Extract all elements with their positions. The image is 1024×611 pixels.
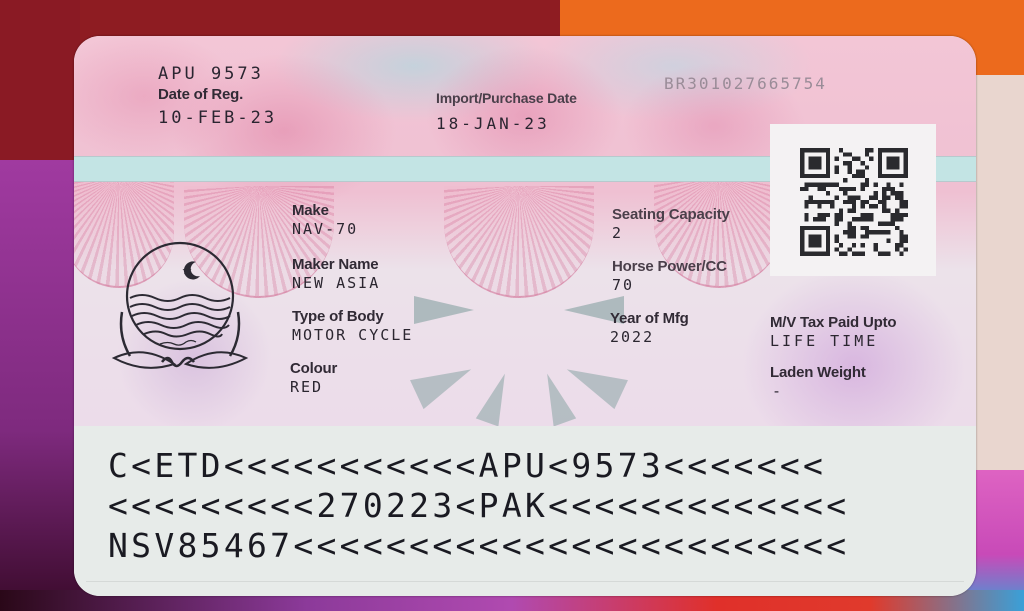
fabric-background-maroon xyxy=(0,0,80,180)
maker-name-value: NEW ASIA xyxy=(292,274,380,292)
date-of-reg-label: Date of Reg. xyxy=(158,86,243,103)
mrz-border-line xyxy=(86,581,964,582)
tax-paid-label: M/V Tax Paid Upto xyxy=(770,314,896,331)
registration-card: APU 9573 Date of Reg. 10-FEB-23 Import/P… xyxy=(74,36,976,596)
maker-name-label: Maker Name xyxy=(292,256,378,273)
date-of-reg-value: 10-FEB-23 xyxy=(158,108,277,128)
seating-capacity-value: 2 xyxy=(612,224,623,242)
tax-paid-value: LIFE TIME xyxy=(770,332,878,350)
make-label: Make xyxy=(292,202,329,219)
type-of-body-value: MOTOR CYCLE xyxy=(292,326,413,344)
qr-code-icon xyxy=(800,148,908,256)
import-date-value: 18-JAN-23 xyxy=(436,114,550,133)
chevron-pattern xyxy=(414,296,474,324)
type-of-body-label: Type of Body xyxy=(292,308,384,325)
laden-weight-label: Laden Weight xyxy=(770,364,866,381)
laden-weight-value: - xyxy=(772,382,783,400)
serial-number: BR301027665754 xyxy=(664,74,827,93)
horse-power-label: Horse Power/CC xyxy=(612,258,727,275)
colour-label: Colour xyxy=(290,360,337,377)
qr-code-area xyxy=(770,124,936,276)
mrz-line-2: <<<<<<<<<270223<PAK<<<<<<<<<<<<< xyxy=(108,486,849,525)
import-date-label: Import/Purchase Date xyxy=(436,90,577,106)
year-of-mfg-value: 2022 xyxy=(610,328,654,346)
horse-power-value: 70 xyxy=(612,276,634,294)
punjab-government-emblem-icon xyxy=(100,240,256,376)
mrz-line-3: NSV85467<<<<<<<<<<<<<<<<<<<<<<<< xyxy=(108,526,849,565)
registration-number: APU 9573 xyxy=(158,64,264,84)
colour-value: RED xyxy=(290,378,323,396)
seating-capacity-label: Seating Capacity xyxy=(612,206,730,223)
year-of-mfg-label: Year of Mfg xyxy=(610,310,689,327)
make-value: NAV-70 xyxy=(292,220,358,238)
mrz-line-1: C<ETD<<<<<<<<<<<APU<9573<<<<<<< xyxy=(108,446,826,485)
